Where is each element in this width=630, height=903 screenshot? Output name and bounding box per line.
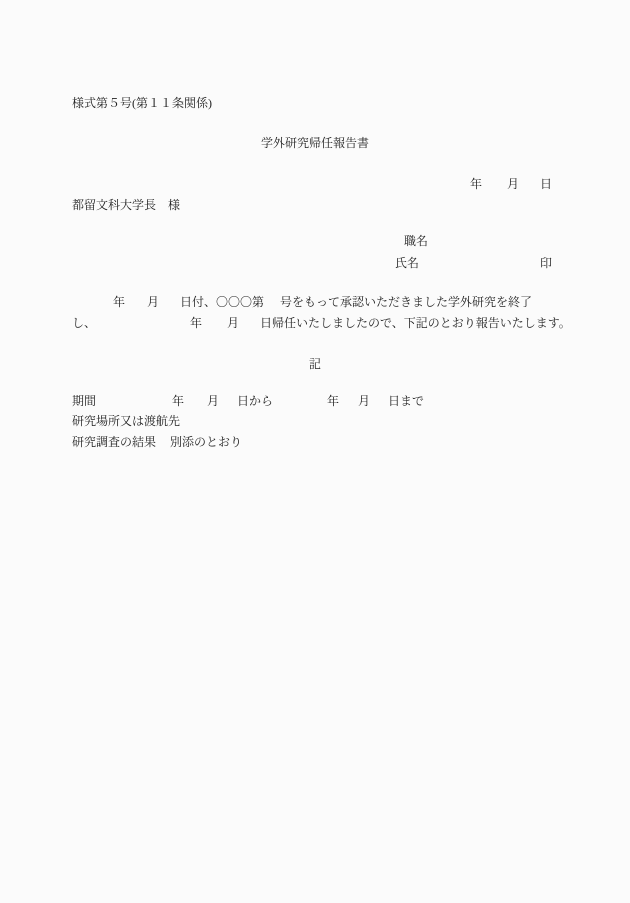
place-label: 研究場所又は渡航先 (72, 414, 180, 428)
addressee-name: 都留文科大学長 (72, 198, 156, 212)
name-line: 氏名 印 (0, 256, 630, 270)
result-line: 研究調査の結果 別添のとおり (0, 435, 630, 449)
form-number: 様式第５号(第１１条関係) (72, 96, 212, 110)
period-to-month-label: 月 (358, 394, 370, 408)
addressee-line: 都留文科大学長 様 (0, 198, 630, 212)
result-label: 研究調査の結果 (72, 435, 156, 449)
body2-rest-text: 日帰任いたしましたので、下記のとおり報告いたします。 (260, 316, 571, 330)
seal-label: 印 (540, 256, 552, 270)
document-title: 学外研究帰任報告書 (0, 136, 630, 150)
form-number-line: 様式第５号(第１１条関係) (0, 96, 630, 110)
body1-month-label: 月 (147, 295, 159, 309)
body2-month-label: 月 (227, 316, 239, 330)
body1-rest-text: 号をもって承認いただきました学外研究を終了 (280, 295, 532, 309)
report-form-page: 様式第５号(第１１条関係) 学外研究帰任報告書 年 月 日 都留文科大学長 様 … (0, 0, 630, 903)
period-line: 期間 年 月 日から 年 月 日まで (0, 394, 630, 408)
name-label: 氏名 (395, 256, 419, 270)
addressee-honorific: 様 (168, 198, 180, 212)
record-marker: 記 (0, 357, 630, 371)
date-day-label: 日 (540, 177, 552, 191)
period-from-year-label: 年 (172, 394, 184, 408)
body-paragraph-line2: し、 年 月 日帰任いたしましたので、下記のとおり報告いたします。 (0, 316, 630, 330)
body-paragraph-line1: 年 月 日付、〇〇〇第 号をもって承認いただきました学外研究を終了 (0, 295, 630, 309)
body1-docno-text: 日付、〇〇〇第 (180, 295, 264, 309)
body1-year-label: 年 (113, 295, 125, 309)
result-value: 別添のとおり (170, 435, 242, 449)
date-year-label: 年 (470, 177, 482, 191)
period-from-day-label: 日から (237, 394, 273, 408)
period-to-year-label: 年 (327, 394, 339, 408)
period-from-month-label: 月 (207, 394, 219, 408)
body2-lead-text: し、 (72, 316, 96, 330)
period-to-day-label: 日まで (388, 394, 424, 408)
date-line: 年 月 日 (0, 177, 630, 191)
period-label: 期間 (72, 394, 96, 408)
body2-year-label: 年 (190, 316, 202, 330)
position-label: 職名 (404, 234, 428, 248)
position-line: 職名 (0, 234, 630, 248)
place-line: 研究場所又は渡航先 (0, 414, 630, 428)
date-month-label: 月 (507, 177, 519, 191)
